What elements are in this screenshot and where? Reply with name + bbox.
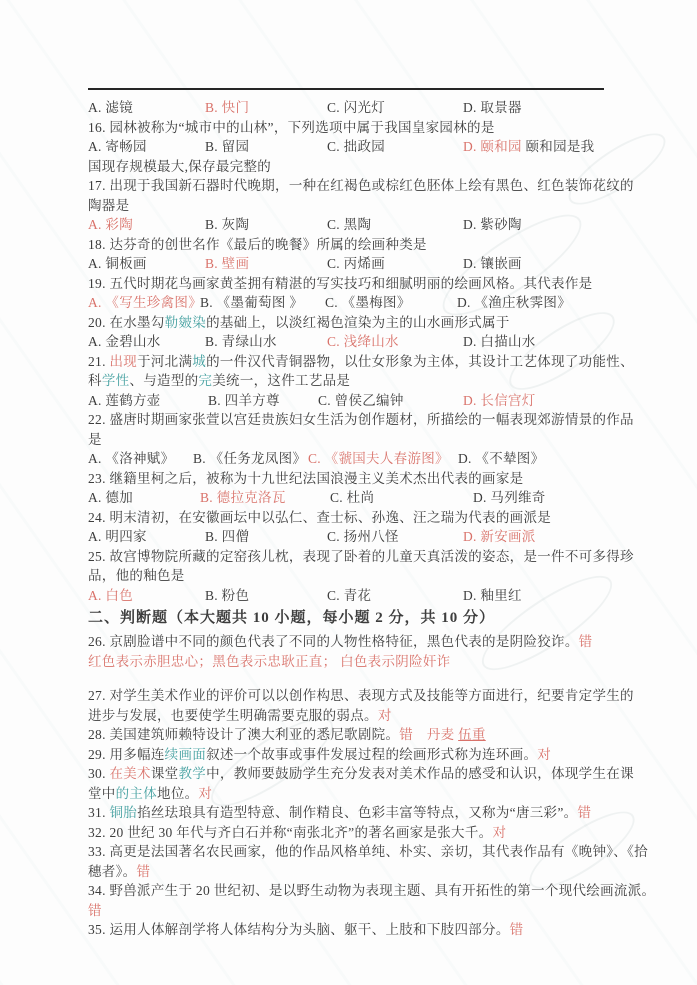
text-segment: A. 寄畅园 xyxy=(88,139,147,154)
text-segment: B. 四僧 xyxy=(205,529,249,544)
option-cell: A. 德加 xyxy=(88,488,200,508)
option-cell: C. 青花 xyxy=(327,586,463,606)
text-segment: B. 《任务龙凤图》 xyxy=(193,451,306,466)
option-cell: D. 《渔庄秋霁图》 xyxy=(457,293,571,313)
doc-line: 32. 20 世纪 30 年代与齐白石并称“南张北齐”的著名画家是张大千。对 xyxy=(88,823,614,843)
doc-line: 25. 故宫博物院所藏的定窑孩儿枕，表现了卧着的儿童天真活泼的姿态，是一件不可多… xyxy=(88,547,614,567)
doc-line: 24. 明末清初，在安徽画坛中以弘仁、查士标、孙逸、汪之瑞为代表的画派是 xyxy=(88,508,614,528)
text-segment: 对 xyxy=(198,786,212,801)
text-segment: 地位。 xyxy=(157,786,198,801)
text-segment: B. 快门 xyxy=(205,100,249,115)
text-segment: A. 莲鹤方壶 xyxy=(88,393,161,408)
option-cell: B. 《墨葡萄图 》 xyxy=(200,293,325,313)
text-segment: 中，教师要鼓励学生充分发表对美术作品的感受和认识，体现学生在课 xyxy=(206,766,634,781)
text-segment: 23. 继籍里柯之后，被称为十九世纪法国浪漫主义美术杰出代表的画家是 xyxy=(88,471,523,486)
text-segment: 27. 对学生美术作业的评价可以以创作构思、表现方式及技能等方面进行，纪要肯定学… xyxy=(88,688,634,703)
doc-line: 穗者》。错 xyxy=(88,862,614,882)
text-segment: D. 马列维奇 xyxy=(473,490,546,505)
text-segment: 掐丝珐琅具有造型特意、制作精良、色彩丰富等特点，又称为“唐三彩”。 xyxy=(137,805,577,820)
option-cell: A. 《洛神赋》 xyxy=(88,449,193,469)
option-cell: A. 明四家 xyxy=(88,527,205,547)
doc-line: 30. 在美术课堂教学中，教师要鼓励学生充分发表对美术作品的感受和认识，体现学生… xyxy=(88,764,614,784)
option-cell: C. 《墨梅图》 xyxy=(325,293,457,313)
doc-line: 国现存规模最大,保存最完整的 xyxy=(88,157,614,177)
text-segment: C. 浅绛山水 xyxy=(327,334,399,349)
text-segment: C. 《虢国夫人春游图》 xyxy=(308,451,449,466)
answer-options-row: A. 德加B. 德拉克洛瓦C. 杜尚D. 马列维奇 xyxy=(88,488,614,508)
text-segment: 错 xyxy=(577,805,591,820)
doc-line: 35. 运用人体解剖学将人体结构分为头脑、躯干、上肢和下肢四部分。错 xyxy=(88,920,614,940)
text-segment: 26. 京剧脸谱中不同的颜色代表了不同的人物性格特征，黑色代表的是阴险狡诈。 xyxy=(88,634,579,649)
text-segment: D. 《不辇图》 xyxy=(458,451,544,466)
text-segment: 32. 20 世纪 30 年代与齐白石并称“南张北齐”的著名画家是张大千。 xyxy=(88,825,492,840)
answer-options-row: A. 明四家B. 四僧C. 扬州八怪D. 新安画派 xyxy=(88,527,614,547)
text-segment: 陶器是 xyxy=(88,198,129,213)
text-segment: 在美术 xyxy=(109,766,150,781)
doc-line: 是 xyxy=(88,430,614,450)
top-rule xyxy=(88,88,604,98)
doc-line: 17. 出现于我国新石器时代晚期，一种在红褐色或棕红色胚体上绘有黑色、红色装饰花… xyxy=(88,176,614,196)
doc-line: 红色表示赤胆忠心；黑色表示忠耿正直； 白色表示阴险奸诈 xyxy=(88,652,614,672)
text-segment: 29. 用多幅连 xyxy=(88,747,165,762)
option-cell: D. 取景器 xyxy=(463,98,522,118)
text-segment: 错 xyxy=(399,727,413,742)
option-cell: A. 寄畅园 xyxy=(88,137,205,157)
text-segment: 二、判断题（本大题共 10 小题，每小题 2 分，共 10 分） xyxy=(88,610,495,626)
option-cell: D. 马列维奇 xyxy=(473,488,546,508)
option-cell: A. 莲鹤方壶 xyxy=(88,391,208,411)
text-segment: A. 《写生珍禽图》 xyxy=(88,295,202,310)
answer-options-row: A. 金碧山水B. 青绿山水C. 浅绛山水D. 白描山水 xyxy=(88,332,614,352)
text-segment: 20. 在水墨勾 xyxy=(88,315,165,330)
text-segment: 19. 五代时期花鸟画家黄荃拥有精湛的写实技巧和细腻明丽的绘画风格。其代表作是 xyxy=(88,276,592,291)
text-segment: 续画面 xyxy=(165,747,206,762)
answer-options-row: A. 彩陶B. 灰陶C. 黑陶D. 紫砂陶 xyxy=(88,215,614,235)
text-segment: 品，他的釉色是 xyxy=(88,568,185,583)
text-segment: 是 xyxy=(88,432,102,447)
text-segment: D. 紫砂陶 xyxy=(463,217,522,232)
option-cell: C. 扬州八怪 xyxy=(327,527,463,547)
text-segment: A. 德加 xyxy=(88,490,133,505)
text-segment: 、与造型的 xyxy=(129,373,198,388)
answer-options-row: A. 滤镜B. 快门C. 闪光灯D. 取景器 xyxy=(88,98,614,118)
text-segment: B. 德拉克洛瓦 xyxy=(200,490,286,505)
option-cell: B. 灰陶 xyxy=(205,215,327,235)
doc-line: 16. 园林被称为“城市中的山林”，下列选项中属于我国皇家园林的是 xyxy=(88,118,614,138)
text-segment: 铜胎 xyxy=(109,805,137,820)
text-segment: B. 四羊方尊 xyxy=(208,393,280,408)
option-cell: D. 白描山水 xyxy=(463,332,536,352)
text-segment: B. 《墨葡萄图 》 xyxy=(200,295,303,310)
text-segment: D. 釉里红 xyxy=(463,588,522,603)
text-segment: 的一件汉代青铜器物，以仕女形象为主体，其设计工艺体现了功能性、 xyxy=(206,354,634,369)
text-segment: 30. xyxy=(88,766,109,781)
text-segment: 33. 高更是法国著名农民画家，他的作品风格单纯、朴实、亲切，其代表作品有《晚钟… xyxy=(88,844,648,859)
text-segment: 进步与发展，也要使学生明确需要克服的弱点。 xyxy=(88,708,378,723)
option-cell: A. 铜板画 xyxy=(88,254,205,274)
text-segment: A. 《洛神赋》 xyxy=(88,451,174,466)
text-segment: D. 白描山水 xyxy=(463,334,536,349)
text-segment: 21. xyxy=(88,354,109,369)
text-segment: C. 杜尚 xyxy=(330,490,374,505)
text-segment: 于河北满 xyxy=(137,354,192,369)
text-segment: A. 白色 xyxy=(88,588,133,603)
option-cell: B. 四僧 xyxy=(205,527,327,547)
text-segment: 伍重 xyxy=(458,727,486,742)
text-segment: 叙述一个故事或事件发展过程的绘画形式称为连环画。 xyxy=(206,747,537,762)
text-segment: C. 闪光灯 xyxy=(327,100,385,115)
doc-line: 33. 高更是法国著名农民画家，他的作品风格单纯、朴实、亲切，其代表作品有《晚钟… xyxy=(88,842,614,862)
doc-line: 18. 达芬奇的创世名作《最后的晚餐》所属的绘画种类是 xyxy=(88,235,614,255)
option-cell: D. 颐和园 颐和园是我 xyxy=(463,137,595,157)
text-segment: 勒皴染 xyxy=(165,315,206,330)
answer-options-row: A. 莲鹤方壶B. 四羊方尊C. 曾侯乙编钟D. 长信宫灯 xyxy=(88,391,614,411)
option-cell: A. 白色 xyxy=(88,586,205,606)
option-cell: B. 壁画 xyxy=(205,254,327,274)
text-segment: 教学 xyxy=(178,766,206,781)
text-segment: B. 留园 xyxy=(205,139,249,154)
option-cell: C. 闪光灯 xyxy=(327,98,463,118)
doc-line: 23. 继籍里柯之后，被称为十九世纪法国浪漫主义美术杰出代表的画家是 xyxy=(88,469,614,489)
text-segment: 丹麦 xyxy=(413,727,458,742)
option-cell: C. 杜尚 xyxy=(330,488,473,508)
text-segment: D. 取景器 xyxy=(463,100,522,115)
answer-options-row: A. 白色B. 粉色C. 青花D. 釉里红 xyxy=(88,586,614,606)
option-cell: C. 曾侯乙编钟 xyxy=(318,391,463,411)
option-cell: B. 《任务龙凤图》 xyxy=(193,449,308,469)
text-segment: 科 xyxy=(88,373,102,388)
text-segment: 对 xyxy=(378,708,392,723)
text-segment: 城 xyxy=(192,354,206,369)
option-cell: C. 浅绛山水 xyxy=(327,332,463,352)
text-segment: 学性 xyxy=(102,373,130,388)
text-segment: 的基础上，以淡红褐色渲染为主的山水画形式属于 xyxy=(206,315,510,330)
doc-line: 科学性、与造型的完美统一，这件工艺品是 xyxy=(88,371,614,391)
text-segment: 错 xyxy=(510,922,524,937)
option-cell: C. 黑陶 xyxy=(327,215,463,235)
answer-options-row: A. 铜板画B. 壁画C. 丙烯画D. 镶嵌画 xyxy=(88,254,614,274)
text-segment: C. 青花 xyxy=(327,588,371,603)
option-cell: D. 长信宫灯 xyxy=(463,391,536,411)
doc-line: 22. 盛唐时期画家张萱以宫廷贵族妇女生活为创作题材，所描绘的一幅表现郊游情景的… xyxy=(88,410,614,430)
doc-line: 19. 五代时期花鸟画家黄荃拥有精湛的写实技巧和细腻明丽的绘画风格。其代表作是 xyxy=(88,274,614,294)
text-segment: 的主体 xyxy=(116,786,157,801)
text-segment: C. 《墨梅图》 xyxy=(325,295,411,310)
text-segment: 国现存规模最大,保存最完整的 xyxy=(88,159,271,174)
text-segment: 16. 园林被称为“城市中的山林”，下列选项中属于我国皇家园林的是 xyxy=(88,120,495,135)
text-segment: 24. 明末清初，在安徽画坛中以弘仁、查士标、孙逸、汪之瑞为代表的画派是 xyxy=(88,510,551,525)
blank-line xyxy=(88,671,614,686)
exam-document-text: A. 滤镜B. 快门C. 闪光灯D. 取景器16. 园林被称为“城市中的山林”，… xyxy=(88,88,614,940)
text-segment: A. 铜板画 xyxy=(88,256,147,271)
text-segment: 错 xyxy=(579,634,593,649)
doc-line: 进步与发展，也要使学生明确需要克服的弱点。对 xyxy=(88,706,614,726)
answer-options-row: A. 《洛神赋》B. 《任务龙凤图》C. 《虢国夫人春游图》D. 《不辇图》 xyxy=(88,449,614,469)
text-segment: 错 xyxy=(88,903,102,918)
doc-line: 34. 野兽派产生于 20 世纪初、是以野生动物为表现主题、具有开拓性的第一个现… xyxy=(88,881,614,901)
option-cell: B. 留园 xyxy=(205,137,327,157)
text-segment: A. 明四家 xyxy=(88,529,147,544)
option-cell: C. 《虢国夫人春游图》 xyxy=(308,449,458,469)
text-segment: 28. 美国建筑师赖特设计了澳大利亚的悉尼歌剧院。 xyxy=(88,727,399,742)
option-cell: D. 紫砂陶 xyxy=(463,215,522,235)
option-cell: B. 快门 xyxy=(205,98,327,118)
option-cell: D. 镶嵌画 xyxy=(463,254,522,274)
option-cell: A. 彩陶 xyxy=(88,215,205,235)
text-segment: 红色表示赤胆忠心；黑色表示忠耿正直； 白色表示阴险奸诈 xyxy=(88,654,450,669)
text-segment: 35. 运用人体解剖学将人体结构分为头脑、躯干、上肢和下肢四部分。 xyxy=(88,922,510,937)
text-segment: C. 丙烯画 xyxy=(327,256,385,271)
text-segment: B. 粉色 xyxy=(205,588,249,603)
text-segment: D. 新安画派 xyxy=(463,529,536,544)
answer-options-row: A. 《写生珍禽图》B. 《墨葡萄图 》C. 《墨梅图》D. 《渔庄秋霁图》 xyxy=(88,293,614,313)
text-segment: C. 拙政园 xyxy=(327,139,385,154)
doc-line: 21. 出现于河北满城的一件汉代青铜器物，以仕女形象为主体，其设计工艺体现了功能… xyxy=(88,352,614,372)
option-cell: B. 四羊方尊 xyxy=(208,391,318,411)
text-segment: 颐和园是我 xyxy=(522,139,595,154)
text-segment: C. 扬州八怪 xyxy=(327,529,399,544)
text-segment: 堂中 xyxy=(88,786,116,801)
text-segment: 出现 xyxy=(109,354,137,369)
text-segment: B. 青绿山水 xyxy=(205,334,277,349)
doc-line: 堂中的主体地位。对 xyxy=(88,784,614,804)
text-segment: D. 长信宫灯 xyxy=(463,393,536,408)
text-segment: A. 金碧山水 xyxy=(88,334,161,349)
option-cell: A. 《写生珍禽图》 xyxy=(88,293,200,313)
text-segment: D. 颐和园 xyxy=(463,139,522,154)
text-segment: C. 黑陶 xyxy=(327,217,371,232)
answer-options-row: A. 寄畅园B. 留园C. 拙政园D. 颐和园 颐和园是我 xyxy=(88,137,614,157)
text-segment: 22. 盛唐时期画家张萱以宫廷贵族妇女生活为创作题材，所描绘的一幅表现郊游情景的… xyxy=(88,412,634,427)
text-segment: C. 曾侯乙编钟 xyxy=(318,393,404,408)
text-segment: 31. xyxy=(88,805,109,820)
text-segment: 对 xyxy=(537,747,551,762)
doc-line: 29. 用多幅连续画面叙述一个故事或事件发展过程的绘画形式称为连环画。对 xyxy=(88,745,614,765)
text-segment: D. 镶嵌画 xyxy=(463,256,522,271)
text-segment: A. 彩陶 xyxy=(88,217,133,232)
doc-line: 27. 对学生美术作业的评价可以以创作构思、表现方式及技能等方面进行，纪要肯定学… xyxy=(88,686,614,706)
option-cell: C. 拙政园 xyxy=(327,137,463,157)
text-segment: 对 xyxy=(492,825,506,840)
doc-line: 20. 在水墨勾勒皴染的基础上，以淡红褐色渲染为主的山水画形式属于 xyxy=(88,313,614,333)
text-segment: 美统一，这件工艺品是 xyxy=(212,373,350,388)
text-segment: 25. 故宫博物院所藏的定窑孩儿枕，表现了卧着的儿童天真活泼的姿态，是一件不可多… xyxy=(88,549,634,564)
doc-line: 品，他的釉色是 xyxy=(88,566,614,586)
option-cell: C. 丙烯画 xyxy=(327,254,463,274)
text-segment: 34. 野兽派产生于 20 世纪初、是以野生动物为表现主题、具有开拓性的第一个现… xyxy=(88,883,655,898)
doc-line: 28. 美国建筑师赖特设计了澳大利亚的悉尼歌剧院。错 丹麦 伍重 xyxy=(88,725,614,745)
text-segment: 课堂 xyxy=(151,766,179,781)
doc-line: 陶器是 xyxy=(88,196,614,216)
option-cell: D. 釉里红 xyxy=(463,586,522,606)
option-cell: A. 金碧山水 xyxy=(88,332,205,352)
text-segment: 穗者》。 xyxy=(88,864,136,879)
text-segment: B. 灰陶 xyxy=(205,217,249,232)
option-cell: B. 青绿山水 xyxy=(205,332,327,352)
option-cell: D. 新安画派 xyxy=(463,527,536,547)
text-segment: D. 《渔庄秋霁图》 xyxy=(457,295,571,310)
text-segment: 17. 出现于我国新石器时代晚期，一种在红褐色或棕红色胚体上绘有黑色、红色装饰花… xyxy=(88,178,634,193)
doc-line: 26. 京剧脸谱中不同的颜色代表了不同的人物性格特征，黑色代表的是阴险狡诈。错 xyxy=(88,632,614,652)
text-segment: A. 滤镜 xyxy=(88,100,133,115)
option-cell: A. 滤镜 xyxy=(88,98,205,118)
doc-line: 31. 铜胎掐丝珐琅具有造型特意、制作精良、色彩丰富等特点，又称为“唐三彩”。错 xyxy=(88,803,614,823)
text-segment: 错 xyxy=(136,864,150,879)
doc-line: 错 xyxy=(88,901,614,921)
scanned-exam-page: A. 滤镜B. 快门C. 闪光灯D. 取景器16. 园林被称为“城市中的山林”，… xyxy=(0,0,697,985)
option-cell: D. 《不辇图》 xyxy=(458,449,544,469)
section-heading: 二、判断题（本大题共 10 小题，每小题 2 分，共 10 分） xyxy=(88,605,614,632)
text-segment: 18. 达芬奇的创世名作《最后的晚餐》所属的绘画种类是 xyxy=(88,237,427,252)
option-cell: B. 德拉克洛瓦 xyxy=(200,488,330,508)
text-segment: B. 壁画 xyxy=(205,256,249,271)
text-segment: 完 xyxy=(198,373,212,388)
option-cell: B. 粉色 xyxy=(205,586,327,606)
